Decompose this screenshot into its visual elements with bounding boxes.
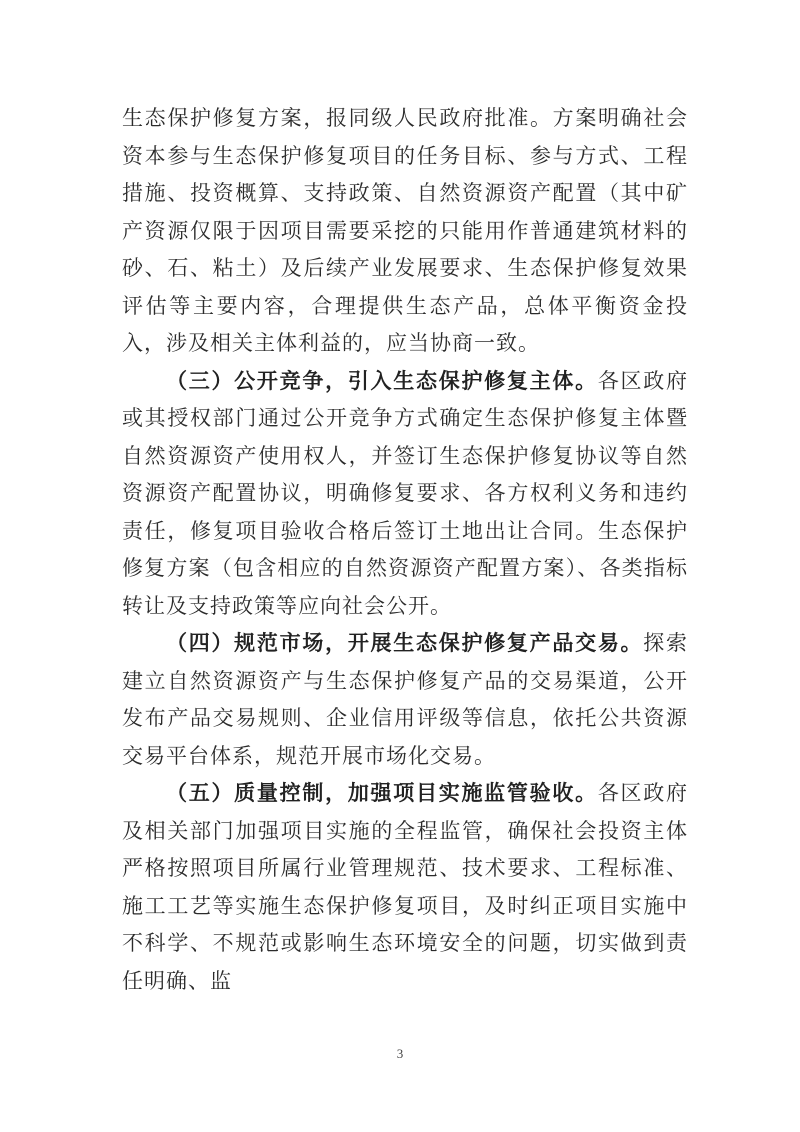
- document-page: 生态保护修复方案，报同级人民政府批准。方案明确社会资本参与生态保护修复项目的任务…: [0, 0, 800, 1132]
- document-body: 生态保护修复方案，报同级人民政府批准。方案明确社会资本参与生态保护修复项目的任务…: [122, 100, 688, 1000]
- paragraph: 生态保护修复方案，报同级人民政府批准。方案明确社会资本参与生态保护修复项目的任务…: [122, 100, 688, 363]
- paragraph-lead-bold: （三）公开竞争，引入生态保护修复主体。: [166, 369, 598, 393]
- paragraph: （四）规范市场，开展生态保护修复产品交易。探索建立自然资源资产与生态保护修复产品…: [122, 625, 688, 775]
- page-number: 3: [0, 1046, 800, 1062]
- paragraph: （三）公开竞争，引入生态保护修复主体。各区政府或其授权部门通过公开竞争方式确定生…: [122, 363, 688, 626]
- paragraph-text: 生态保护修复方案，报同级人民政府批准。方案明确社会资本参与生态保护修复项目的任务…: [122, 106, 688, 355]
- paragraph-lead-bold: （四）规范市场，开展生态保护修复产品交易。: [166, 631, 643, 655]
- paragraph-lead-bold: （五）质量控制，加强项目实施监管验收。: [166, 781, 598, 805]
- paragraph: （五）质量控制，加强项目实施监管验收。各区政府及相关部门加强项目实施的全程监管，…: [122, 775, 688, 1000]
- paragraph-text: 各区政府或其授权部门通过公开竞争方式确定生态保护修复主体暨自然资源资产使用权人，…: [122, 369, 688, 618]
- paragraph-text: 各区政府及相关部门加强项目实施的全程监管，确保社会投资主体严格按照项目所属行业管…: [122, 781, 688, 993]
